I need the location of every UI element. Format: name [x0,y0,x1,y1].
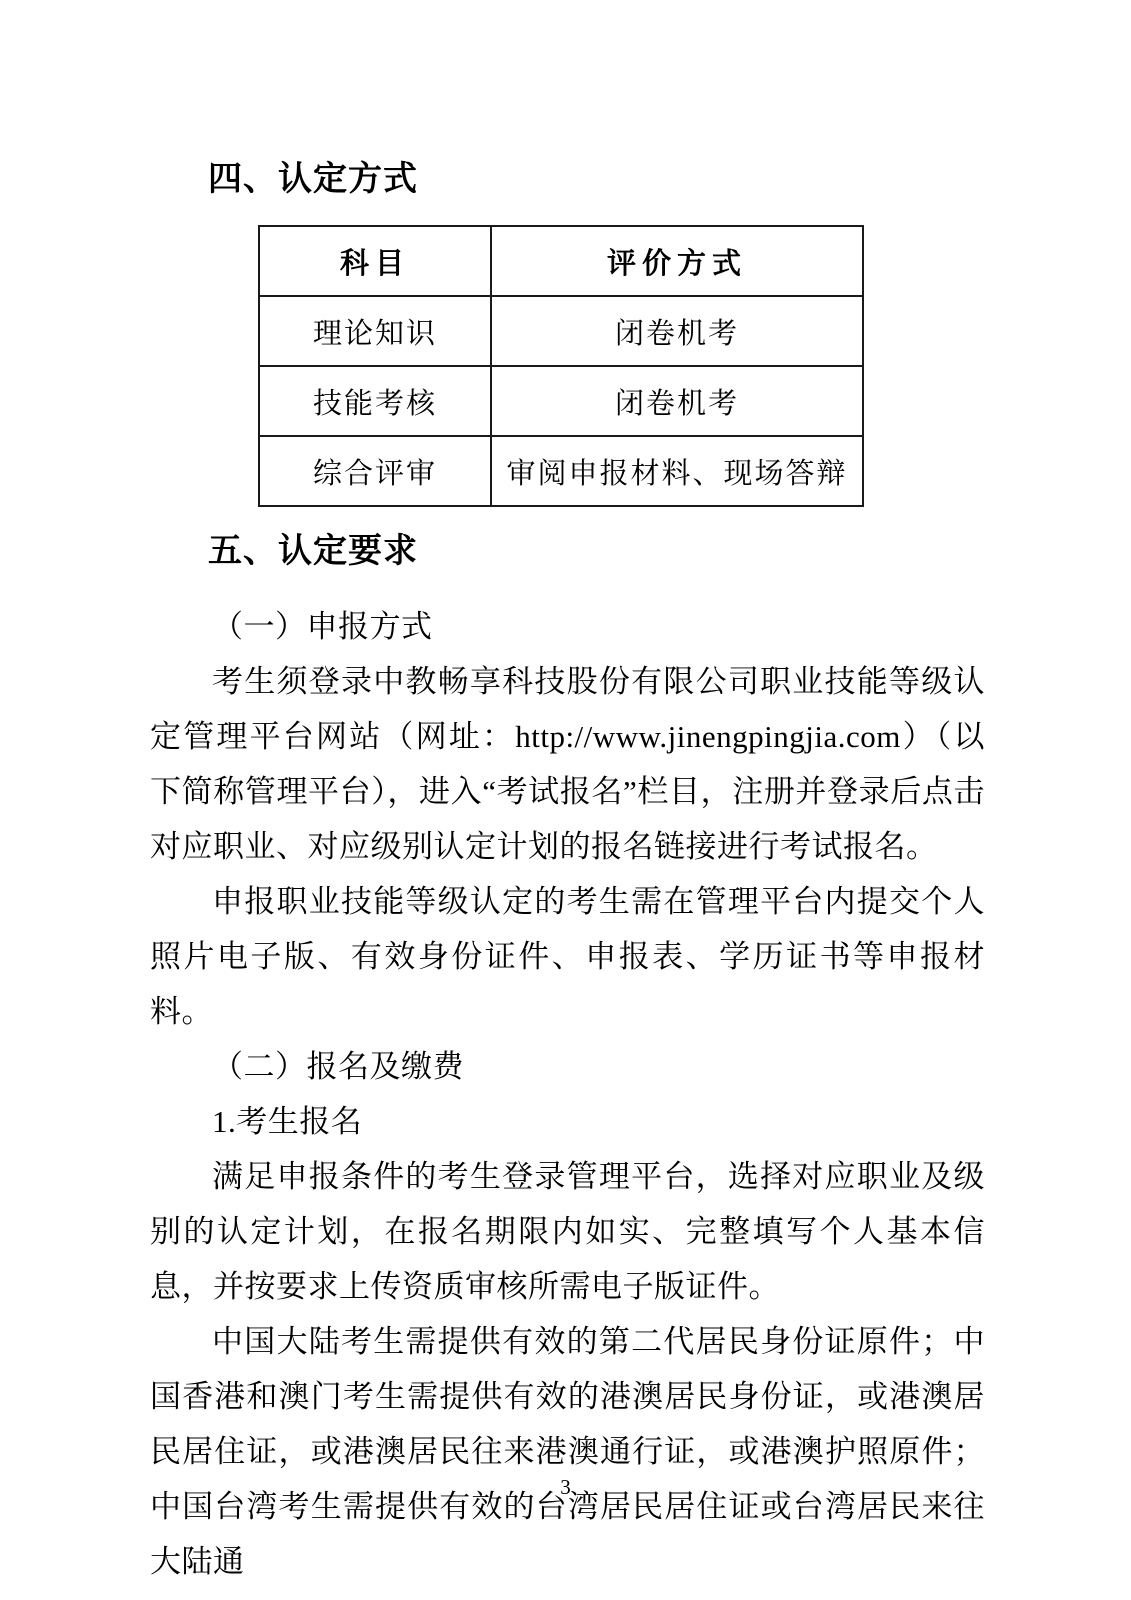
table-header-subject: 科目 [259,226,491,296]
evaluation-method-table: 科目 评价方式 理论知识 闭卷机考 技能考核 闭卷机考 综合评审 审阅申报材料、… [258,225,864,507]
subheading-registration-and-payment: （二）报名及缴费 [150,1039,985,1094]
list-item-candidate-registration: 1.考生报名 [150,1094,985,1149]
subheading-application-method: （一）申报方式 [150,599,985,654]
table-cell-subject: 技能考核 [259,366,491,436]
paragraph-registration-info: 满足申报条件的考生登录管理平台，选择对应职业及级别的认定计划，在报名期限内如实、… [150,1149,985,1314]
document-page: 四、认定方式 科目 评价方式 理论知识 闭卷机考 技能考核 闭卷机考 综合评审 … [0,0,1131,1600]
page-number: 3 [0,1474,1131,1500]
paragraph-submit-materials: 申报职业技能等级认定的考生需在管理平台内提交个人照片电子版、有效身份证件、申报表… [150,874,985,1039]
table-row: 技能考核 闭卷机考 [259,366,863,436]
table-cell-method: 闭卷机考 [491,296,863,366]
table-header-method: 评价方式 [491,226,863,296]
table-header-row: 科目 评价方式 [259,226,863,296]
body-text: （一）申报方式 考生须登录中教畅享科技股份有限公司职业技能等级认定管理平台网站（… [150,599,985,1589]
section-heading-certification-requirements: 五、认定要求 [208,529,985,573]
table-cell-method: 审阅申报材料、现场答辩 [491,436,863,506]
table-row: 理论知识 闭卷机考 [259,296,863,366]
table-cell-subject: 综合评审 [259,436,491,506]
table-cell-subject: 理论知识 [259,296,491,366]
paragraph-id-document-requirements: 中国大陆考生需提供有效的第二代居民身份证原件；中国香港和澳门考生需提供有效的港澳… [150,1314,985,1589]
table-cell-method: 闭卷机考 [491,366,863,436]
section-heading-certification-method: 四、认定方式 [208,157,985,201]
table-row: 综合评审 审阅申报材料、现场答辩 [259,436,863,506]
paragraph-platform-registration: 考生须登录中教畅享科技股份有限公司职业技能等级认定管理平台网站（网址：http:… [150,654,985,874]
